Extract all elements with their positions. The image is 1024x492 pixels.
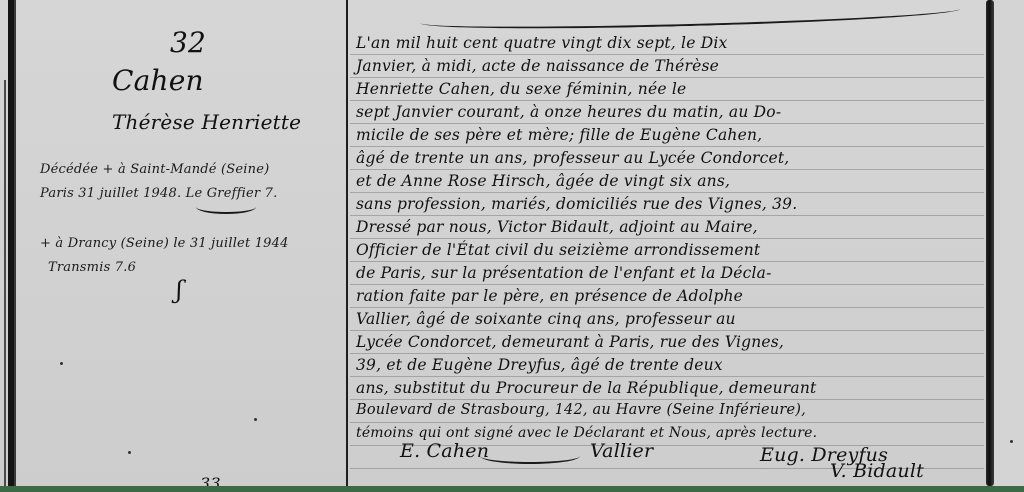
body-line: Boulevard de Strasbourg, 142, au Havre (… — [356, 402, 806, 418]
paper-speck — [128, 451, 131, 454]
body-line: sept Janvier courant, à onze heures du m… — [356, 103, 781, 121]
signature-bidault: V. Bidault — [830, 460, 924, 482]
ruled-line — [350, 422, 984, 423]
body-line: Henriette Cahen, du sexe féminin, née le — [356, 80, 686, 98]
margin-annotation-transmis: Transmis 7.6 — [48, 260, 136, 275]
body-line: 39, et de Eugène Dreyfus, âgé de trente … — [356, 356, 723, 374]
top-flourish — [420, 0, 960, 33]
ruled-line — [350, 54, 984, 55]
left-binding-rule — [8, 0, 14, 486]
ruled-line — [350, 330, 984, 331]
ruled-line — [350, 215, 984, 216]
body-line: Dressé par nous, Victor Bidault, adjoint… — [356, 218, 758, 236]
margin-annotation-death-2: Paris 31 juillet 1948. Le Greffier 7. — [40, 186, 277, 201]
ruled-line — [350, 146, 984, 147]
ruled-line — [350, 100, 984, 101]
body-line: Janvier, à midi, acte de naissance de Th… — [356, 57, 719, 75]
entry-number: 32 — [170, 26, 206, 59]
ruled-line — [350, 284, 984, 285]
ruled-line — [350, 353, 984, 354]
body-line: Lycée Condorcet, demeurant à Paris, rue … — [356, 333, 784, 351]
body-line: ans, substitut du Procureur de la Républ… — [356, 379, 816, 397]
body-line: de Paris, sur la présentation de l'enfan… — [356, 264, 772, 282]
body-line: L'an mil huit cent quatre vingt dix sept… — [356, 34, 727, 52]
body-line: Vallier, âgé de soixante cinq ans, profe… — [356, 310, 736, 328]
greffier-flourish — [196, 200, 256, 214]
body-line: micile de ses père et mère; fille de Eug… — [356, 126, 762, 144]
paper-speck — [60, 362, 63, 365]
ruled-line — [350, 238, 984, 239]
body-line: sans profession, mariés, domiciliés rue … — [356, 195, 797, 213]
register-page: 32 Cahen Thérèse Henriette Décédée + à S… — [0, 0, 1024, 486]
body-line: Officier de l'État civil du seizième arr… — [356, 241, 760, 259]
ruled-line — [350, 307, 984, 308]
ruled-line — [350, 77, 984, 78]
ruled-line — [350, 123, 984, 124]
left-thin-rule — [4, 80, 6, 486]
bottom-strip — [0, 486, 1024, 492]
signature-cahen: E. Cahen — [400, 440, 489, 462]
ruled-line — [350, 376, 984, 377]
body-line: témoins qui ont signé avec le Déclarant … — [356, 425, 817, 441]
margin-paraph: ʃ — [176, 276, 183, 304]
margin-surname: Cahen — [112, 64, 204, 97]
ruled-line — [350, 169, 984, 170]
ruled-line — [350, 192, 984, 193]
signature-vallier: Vallier — [590, 440, 653, 462]
margin-given-names: Thérèse Henriette — [112, 110, 301, 134]
right-margin — [994, 0, 1024, 486]
right-binding-rule — [986, 0, 994, 486]
signature-flourish — [480, 448, 580, 464]
paper-speck — [254, 418, 257, 421]
ruled-line — [350, 399, 984, 400]
body-line: ration faite par le père, en présence de… — [356, 287, 743, 305]
paper-speck — [1010, 440, 1013, 443]
margin-annotation-death-1: Décédée + à Saint-Mandé (Seine) — [40, 162, 269, 177]
margin-annotation-drancy: + à Drancy (Seine) le 31 juillet 1944 — [40, 236, 289, 251]
margin-column-rule — [346, 0, 348, 486]
ruled-line — [350, 261, 984, 262]
body-line: et de Anne Rose Hirsch, âgée de vingt si… — [356, 172, 730, 190]
body-line: âgé de trente un ans, professeur au Lycé… — [356, 149, 789, 167]
